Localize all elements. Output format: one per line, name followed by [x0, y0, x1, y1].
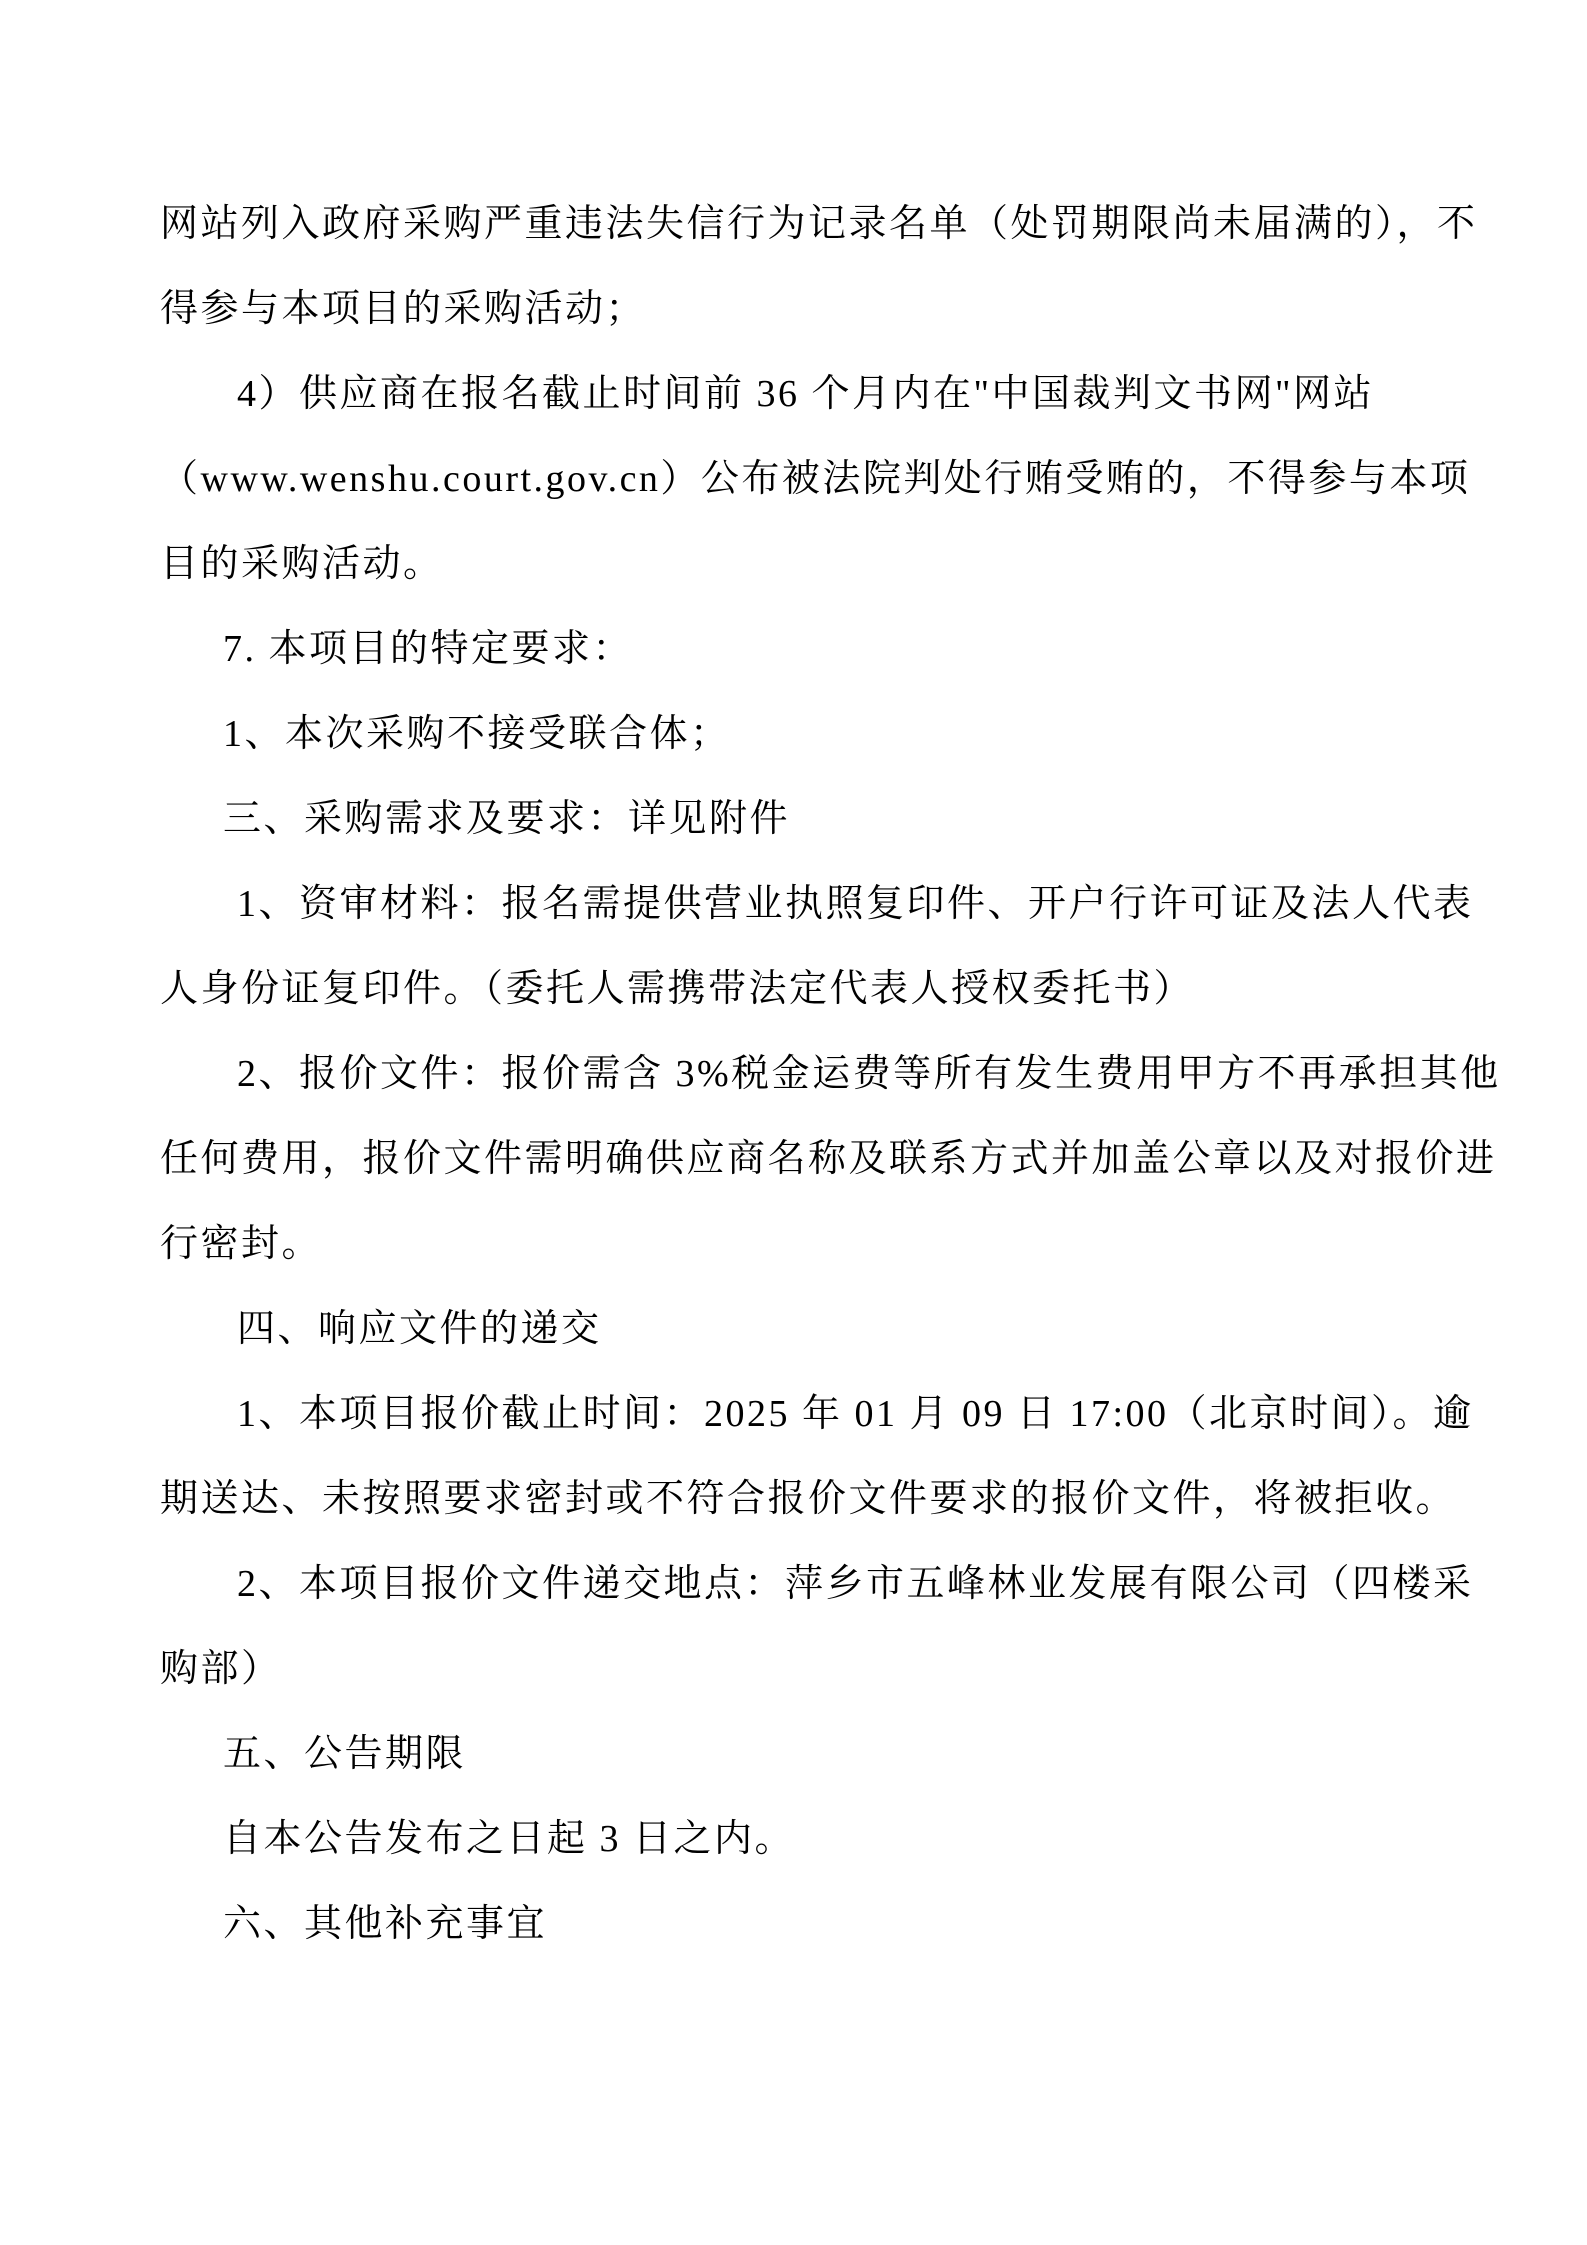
text-line: 行密封。: [160, 1202, 1560, 1287]
text-line: 自本公告发布之日起 3 日之内。: [160, 1797, 1560, 1882]
text-line: 人身份证复印件。（委托人需携带法定代表人授权委托书）: [160, 947, 1560, 1032]
text-line: 1、本次采购不接受联合体；: [160, 692, 1560, 777]
document-page: 网站列入政府采购严重违法失信行为记录名单（处罚期限尚未届满的），不得参与本项目的…: [0, 0, 1587, 2245]
text-line: 购部）: [160, 1627, 1560, 1712]
text-line: 1、本项目报价截止时间：2025 年 01 月 09 日 17:00（北京时间）…: [160, 1372, 1560, 1457]
text-line: 期送达、未按照要求密封或不符合报价文件要求的报价文件，将被拒收。: [160, 1457, 1560, 1542]
text-line: 六、其他补充事宜: [160, 1882, 1560, 1967]
text-line: 任何费用，报价文件需明确供应商名称及联系方式并加盖公章以及对报价进: [160, 1117, 1560, 1202]
text-line: 2、本项目报价文件递交地点：萍乡市五峰林业发展有限公司（四楼采: [160, 1542, 1560, 1627]
text-line: 网站列入政府采购严重违法失信行为记录名单（处罚期限尚未届满的），不: [160, 182, 1560, 267]
text-line: 五、公告期限: [160, 1712, 1560, 1797]
text-line: 目的采购活动。: [160, 522, 1560, 607]
text-line: 2、报价文件：报价需含 3%税金运费等所有发生费用甲方不再承担其他: [160, 1032, 1560, 1117]
text-line: 四、响应文件的递交: [160, 1287, 1560, 1372]
text-line: （www.wenshu.court.gov.cn）公布被法院判处行贿受贿的，不得…: [160, 437, 1560, 522]
text-line: 三、采购需求及要求：详见附件: [160, 777, 1560, 862]
text-line: 4）供应商在报名截止时间前 36 个月内在"中国裁判文书网"网站: [160, 352, 1560, 437]
text-line: 1、资审材料：报名需提供营业执照复印件、开户行许可证及法人代表: [160, 862, 1560, 947]
document-body: 网站列入政府采购严重违法失信行为记录名单（处罚期限尚未届满的），不得参与本项目的…: [160, 182, 1560, 1967]
text-line: 7. 本项目的特定要求：: [160, 607, 1560, 692]
text-line: 得参与本项目的采购活动；: [160, 267, 1560, 352]
